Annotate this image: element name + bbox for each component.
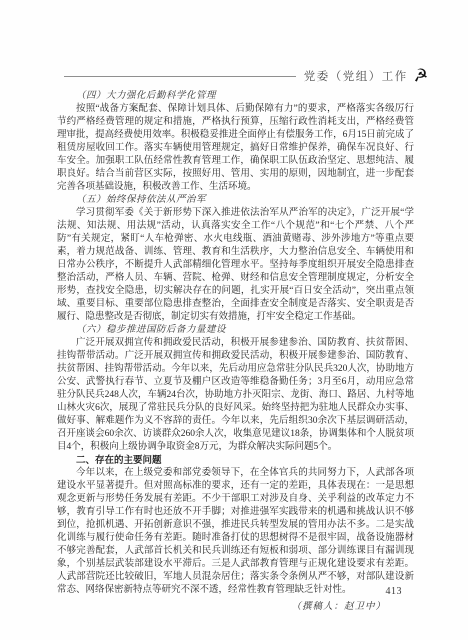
page-number: 413 xyxy=(386,586,403,597)
paragraph-law-discipline: 学习贯彻军委《关于新形势下深入推进依法治军从严治军的决定》，广泛开展“学法规、知… xyxy=(57,207,414,324)
party-emblem-icon: ☭ xyxy=(412,67,429,86)
subsection-heading-4: （四）大力强化后勤科学化管理 xyxy=(57,90,414,103)
section-heading-problems: 二、存在的主要问题 xyxy=(57,454,414,467)
book-page: 党委（党组）工作 ☭ （四）大力强化后勤科学化管理 按照“战备方案配套、保障计划… xyxy=(0,0,468,640)
paragraph-logistics: 按照“战备方案配套、保障计划具体、后勤保障有力”的要求，严格落实各级厉行节约严格… xyxy=(57,103,414,194)
header-rule xyxy=(64,76,296,77)
paragraph-national-defense-reserve: 广泛开展双拥宣传和拥政爱民活动，积极开展参建参治、国防教育、扶贫帮困、挂钩帮带活… xyxy=(57,337,414,454)
contributor-byline: （撰稿人：赵卫中） xyxy=(57,601,414,614)
paragraph-problems: 今年以来，在上级党委和部党委领导下，在全体官兵的共同努力下，人武部各项建设水平显… xyxy=(57,467,414,597)
subsection-heading-5: （五）始终保持依法从严治军 xyxy=(57,194,414,207)
page-body: （四）大力强化后勤科学化管理 按照“战备方案配套、保障计划具体、后勤保障有力”的… xyxy=(57,90,414,614)
running-head: 党委（党组）工作 ☭ xyxy=(64,64,428,88)
chapter-title: 党委（党组）工作 xyxy=(304,68,408,84)
subsection-heading-6: （六）稳步推进国防后备力量建设 xyxy=(57,324,414,337)
